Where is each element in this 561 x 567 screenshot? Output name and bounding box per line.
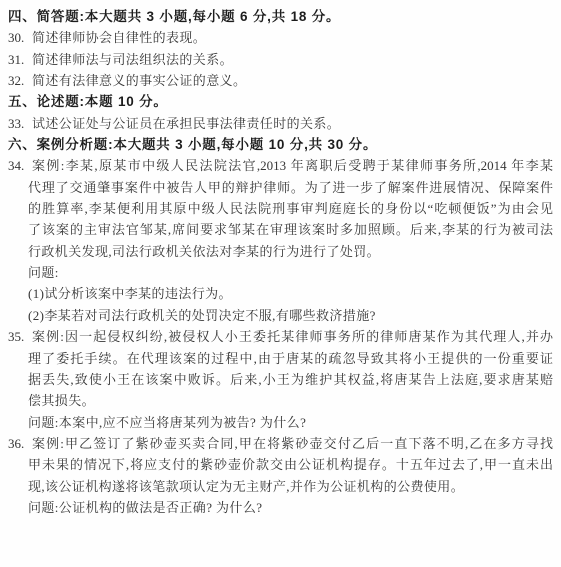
question-number: 30. — [8, 27, 32, 48]
question-text: 简述律师协会自律性的表现。 — [32, 27, 553, 48]
question-text: 简述律师法与司法组织法的关系。 — [32, 49, 553, 70]
question-continuation-row: 问题: — [8, 262, 553, 283]
question-text: 了该案的主审法官邹某,席间要求邹某在审理该案时多加照顾。后来,李某的行为被司法 — [28, 219, 553, 240]
question-continuation-row: 据丢失,致使小王在该案中败诉。后来,小王为维护其权益,将唐某告上法庭,要求唐某赔 — [8, 369, 553, 390]
question-text: 现,该公证机构遂将该笔款项认定为无主财产,并作为公证机构的公费使用。 — [28, 476, 553, 497]
question-row: 36.案例:甲乙签订了紫砂壶买卖合同,甲在将紫砂壶交付乙后一直下落不明,乙在多方… — [8, 433, 553, 454]
question-continuation-row: 了该案的主审法官邹某,席间要求邹某在审理该案时多加照顾。后来,李某的行为被司法 — [8, 219, 553, 240]
question-text: 试述公证处与公证员在承担民事法律责任时的关系。 — [32, 113, 553, 134]
question-text: (2)李某若对司法行政机关的处罚决定不服,有哪些救济措施? — [28, 305, 553, 326]
question-text: (1)试分析该案中李某的违法行为。 — [28, 283, 553, 304]
question-row: 34.案例:李某,原某市中级人民法院法官,2013 年离职后受聘于某律师事务所,… — [8, 155, 553, 176]
question-text: 案例:甲乙签订了紫砂壶买卖合同,甲在将紫砂壶交付乙后一直下落不明,乙在多方寻找 — [32, 433, 553, 454]
question-continuation-row: (2)李某若对司法行政机关的处罚决定不服,有哪些救济措施? — [8, 305, 553, 326]
question-continuation-row: 行政机关发现,司法行政机关依法对李某的行为进行了处罚。 — [8, 241, 553, 262]
exam-page: 四、简答题:本大题共 3 小题,每小题 6 分,共 18 分。30.简述律师协会… — [0, 0, 561, 567]
question-text: 案例:李某,原某市中级人民法院法官,2013 年离职后受聘于某律师事务所,201… — [32, 155, 553, 176]
question-continuation-row: 现,该公证机构遂将该笔款项认定为无主财产,并作为公证机构的公费使用。 — [8, 476, 553, 497]
question-continuation-row: 问题:本案中,应不应当将唐某列为被告? 为什么? — [8, 412, 553, 433]
question-text: 甲未果的情况下,将应支付的紫砂壶价款交由公证机构提存。十五年过去了,甲一直未出 — [28, 454, 553, 475]
question-number: 34. — [8, 155, 32, 176]
question-number: 36. — [8, 433, 32, 454]
question-text: 据丢失,致使小王在该案中败诉。后来,小王为维护其权益,将唐某告上法庭,要求唐某赔 — [28, 369, 553, 390]
question-continuation-row: 偿其损失。 — [8, 390, 553, 411]
question-number: 33. — [8, 113, 32, 134]
question-text: 代理了交通肇事案件中被告人甲的辩护律师。为了进一步了解案件进展情况、保障案件 — [28, 177, 553, 198]
question-number: 31. — [8, 49, 32, 70]
question-text: 偿其损失。 — [28, 390, 553, 411]
question-text: 问题:公证机构的做法是否正确? 为什么? — [28, 497, 553, 518]
question-continuation-row: 理了委托手续。在代理该案的过程中,由于唐某的疏忽导致其将小王提供的一份重要证 — [8, 348, 553, 369]
exam-content: 四、简答题:本大题共 3 小题,每小题 6 分,共 18 分。30.简述律师协会… — [8, 6, 553, 518]
question-row: 32.简述有法律意义的事实公证的意义。 — [8, 70, 553, 91]
question-text: 案例:因一起侵权纠纷,被侵权人小王委托某律师事务所的律师唐某作为其代理人,并办 — [32, 326, 553, 347]
question-text: 问题: — [28, 262, 553, 283]
section-heading: 六、案例分析题:本大题共 3 小题,每小题 10 分,共 30 分。 — [8, 134, 553, 155]
question-continuation-row: 的胜算率,李某便利用其原中级人民法院刑事审判庭庭长的身份以“吃顿便饭”为由会见 — [8, 198, 553, 219]
question-text: 问题:本案中,应不应当将唐某列为被告? 为什么? — [28, 412, 553, 433]
question-text: 行政机关发现,司法行政机关依法对李某的行为进行了处罚。 — [28, 241, 553, 262]
question-row: 33.试述公证处与公证员在承担民事法律责任时的关系。 — [8, 113, 553, 134]
section-heading: 五、论述题:本题 10 分。 — [8, 91, 553, 112]
question-text: 简述有法律意义的事实公证的意义。 — [32, 70, 553, 91]
question-text: 的胜算率,李某便利用其原中级人民法院刑事审判庭庭长的身份以“吃顿便饭”为由会见 — [28, 198, 553, 219]
question-row: 35.案例:因一起侵权纠纷,被侵权人小王委托某律师事务所的律师唐某作为其代理人,… — [8, 326, 553, 347]
question-continuation-row: (1)试分析该案中李某的违法行为。 — [8, 283, 553, 304]
question-text: 理了委托手续。在代理该案的过程中,由于唐某的疏忽导致其将小王提供的一份重要证 — [28, 348, 553, 369]
question-continuation-row: 代理了交通肇事案件中被告人甲的辩护律师。为了进一步了解案件进展情况、保障案件 — [8, 177, 553, 198]
question-continuation-row: 问题:公证机构的做法是否正确? 为什么? — [8, 497, 553, 518]
question-row: 30.简述律师协会自律性的表现。 — [8, 27, 553, 48]
question-number: 35. — [8, 326, 32, 347]
question-row: 31.简述律师法与司法组织法的关系。 — [8, 49, 553, 70]
section-heading: 四、简答题:本大题共 3 小题,每小题 6 分,共 18 分。 — [8, 6, 553, 27]
question-continuation-row: 甲未果的情况下,将应支付的紫砂壶价款交由公证机构提存。十五年过去了,甲一直未出 — [8, 454, 553, 475]
question-number: 32. — [8, 70, 32, 91]
